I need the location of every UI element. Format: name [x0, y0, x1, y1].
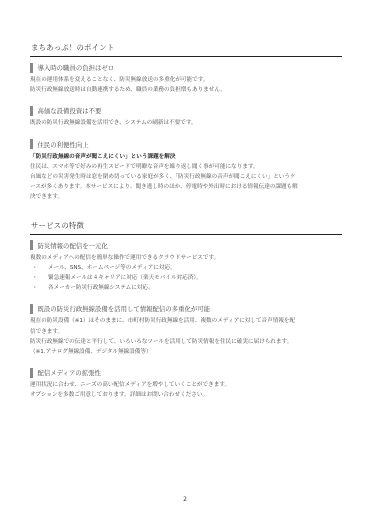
spacer — [30, 95, 342, 105]
subheading-text: 住民の利便性向上 — [38, 140, 89, 149]
body-line: ースが多くあります。本サービスにより、聞き逃し時のほか、停電時や外出時における情… — [30, 182, 342, 192]
subheading: 高価な設備投資は不要 — [30, 105, 342, 116]
body-line: 既設の防災行政無線設備を活用でき、システムの刷新は不要です。 — [30, 118, 342, 128]
body-line: 台風などの災害発生時は窓を閉め切っている家庭が多く、「防災行政無線の音声が聞こえ… — [30, 172, 342, 182]
bold-callout: 「防災行政無線の音声が聞こえにくい」という課題を解決 — [30, 152, 342, 162]
subheading-text: 防災情報の配信を一元化 — [38, 241, 108, 250]
spacer — [30, 129, 342, 139]
bullet-item: ・各メーカー防災行政無線システムに対応。 — [30, 283, 342, 293]
spacer — [30, 203, 342, 220]
bullet-item: ・緊急速報メールは４キャリアに対応（楽天モバイル対応済）。 — [30, 273, 342, 283]
body-line: 信できます。 — [30, 327, 342, 337]
body-line: 現在の運用体系を変えることなく、防災無線放送の多重化が可能です。 — [30, 75, 342, 85]
subheading-text: 既設の防災行政無線設備を活用して情報配信の多重化が可能 — [38, 304, 211, 313]
accent-bar — [30, 139, 33, 149]
subheading: 導入時の職員の負担はゼロ — [30, 62, 342, 73]
document-page: まちあっぷ！のポイント 導入時の職員の負担はゼロ 現在の運用体系を変えることなく… — [30, 42, 342, 401]
accent-bar — [30, 368, 33, 378]
subheading-text: 高価な設備投資は不要 — [38, 106, 102, 115]
point-no-investment: 高価な設備投資は不要 既設の防災行政無線設備を活用でき、システムの刷新は不要です… — [30, 105, 342, 128]
bullet-marker: ・ — [30, 263, 48, 273]
spacer — [30, 293, 342, 303]
bullet-text: 各メーカー防災行政無線システムに対応。 — [48, 283, 154, 293]
subheading: 住民の利便性向上 — [30, 139, 342, 150]
spacer — [30, 357, 342, 367]
feature-media-extensibility: 配信メディアの拡張性 運用状況に合わせ、ニーズの高い配信メディアを増やしていくこ… — [30, 367, 342, 400]
point-resident-convenience: 住民の利便性向上 「防災行政無線の音声が聞こえにくい」という課題を解決 住民は、… — [30, 139, 342, 203]
subheading-text: 配信メディアの拡張性 — [38, 368, 101, 377]
feature-unified-distribution: 防災情報の配信を一元化 複数のメディアへの配信を簡単な操作で運用できるクラウドサ… — [30, 240, 342, 294]
body-line: 運用状況に合わせ、ニーズの高い配信メディアを増やしていくことができます。 — [30, 380, 342, 390]
accent-bar — [30, 106, 33, 116]
page-number: 2 — [0, 496, 370, 503]
body-line: 住民は、スマホ等で好みの再生スピードで明瞭な音声を繰り返し聞く事が可能になります… — [30, 162, 342, 172]
feature-reuse-existing-equipment: 既設の防災行政無線設備を活用して情報配信の多重化が可能 現在の防災設備（※1）は… — [30, 303, 342, 357]
bullet-text: メール、SNS、ホームページ等のメディアに対応。 — [48, 263, 176, 273]
accent-bar — [30, 63, 33, 73]
bullet-text: 緊急速報メールは４キャリアに対応（楽天モバイル対応済）。 — [48, 273, 202, 283]
bullet-item: ・メール、SNS、ホームページ等のメディアに対応。 — [30, 263, 342, 273]
accent-bar — [30, 240, 33, 250]
subheading: 配信メディアの拡張性 — [30, 367, 342, 378]
section-title-points: まちあっぷ！のポイント — [30, 42, 342, 57]
subheading: 既設の防災行政無線設備を活用して情報配信の多重化が可能 — [30, 303, 342, 314]
body-line: 決できます。 — [30, 192, 342, 202]
body-line: 防災行政無線放送時は自動連携するため、職員の業務の負担増もありません。 — [30, 85, 342, 95]
body-line: （※1.アナログ無線設備、デジタル無線設備等） — [30, 347, 342, 357]
body-line: 現在の防災設備（※1）はそのままに、市町村防災行政無線を活用、複数のメディアに対… — [30, 316, 342, 326]
bullet-marker: ・ — [30, 273, 48, 283]
subheading: 防災情報の配信を一元化 — [30, 240, 342, 251]
body-line: 複数のメディアへの配信を簡単な操作で運用できるクラウドサービスです。 — [30, 253, 342, 263]
subheading-text: 導入時の職員の負担はゼロ — [38, 63, 115, 72]
body-line: オプションを多数ご用意しております。詳細はお問い合わせください。 — [30, 390, 342, 400]
point-no-staff-burden: 導入時の職員の負担はゼロ 現在の運用体系を変えることなく、防災無線放送の多重化が… — [30, 62, 342, 95]
body-line: 防災行政無線での伝達と平行して、いろいろなツールを活用して防災情報を住民に確実に… — [30, 337, 342, 347]
accent-bar — [30, 304, 33, 314]
section-title-features: サービスの特徴 — [30, 220, 342, 235]
bullet-marker: ・ — [30, 283, 48, 293]
